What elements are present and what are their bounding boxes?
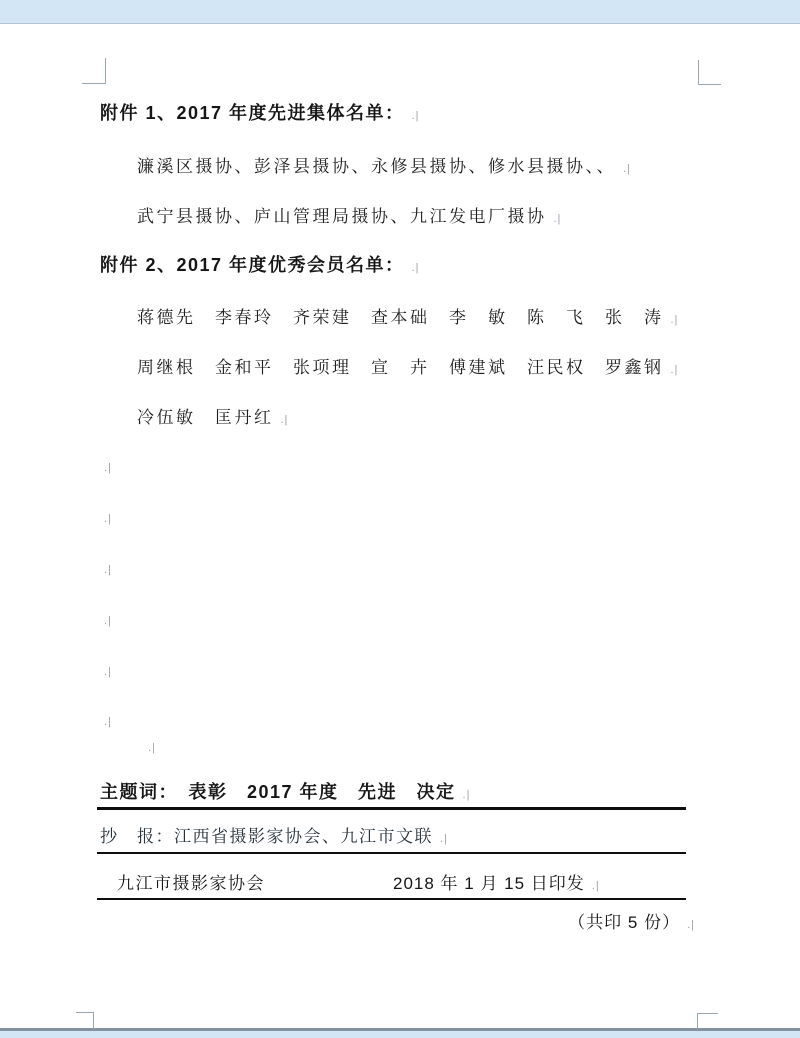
names-line3-text: 冷伍敏 匡丹红 [137,408,274,427]
attachment1-heading-text: 附件 1、2017 年度先进集体名单： [100,103,405,123]
names-line2-text: 周继根 金和平 张项理 宣 卉 傅建斌 汪民权 罗鑫钢 [137,358,664,377]
margin-corner-mark-top-left [82,58,106,84]
subject-keywords-line[interactable]: 主题词： 表彰 2017 年度 先进 决定.| [100,778,470,804]
empty-paragraph-mark: .| [104,615,112,627]
separator-rule-3 [97,898,686,900]
paragraph-mark: .| [281,414,289,426]
paragraph-mark: .| [463,789,471,801]
attachment1-line2-text: 武宁县摄协、庐山管理局摄协、九江发电厂摄协 [137,207,547,226]
separator-rule-1 [97,807,686,810]
empty-paragraph-mark: .| [104,513,112,525]
print-copies-text: （共印 5 份） [568,913,680,932]
issuer-text: 九江市摄影家协会 [117,874,265,893]
names-line-2[interactable]: 周继根 金和平 张项理 宣 卉 傅建斌 汪民权 罗鑫钢.| [137,353,678,378]
document-window: 附件 1、2017 年度先进集体名单：.| 濂溪区摄协、彭泽县摄协、永修县摄协、… [0,0,800,1038]
attachment1-line2[interactable]: 武宁县摄协、庐山管理局摄协、九江发电厂摄协.| [137,202,561,227]
paragraph-mark: .| [554,213,562,225]
names-line-1[interactable]: 蒋德先 李春玲 齐荣建 查本础 李 敏 陈 飞 张 涛.| [137,303,678,328]
separator-rule-2 [97,852,686,854]
margin-corner-mark-bottom-right [697,1013,718,1029]
names-line1-text: 蒋德先 李春玲 齐荣建 查本础 李 敏 陈 飞 张 涛 [137,308,664,327]
issuer-name[interactable]: 九江市摄影家协会 [117,869,265,894]
paragraph-mark: .| [671,314,679,326]
paragraph-mark: .| [623,163,631,175]
margin-corner-mark-bottom-left [76,1012,94,1029]
empty-paragraph-mark: .| [104,666,112,678]
empty-paragraph-mark: .| [104,564,112,576]
paragraph-mark: .| [440,833,448,845]
names-line-3[interactable]: 冷伍敏 匡丹红.| [137,403,288,428]
empty-paragraph-mark: .| [104,716,112,728]
copy-to-text: 抄 报：江西省摄影家协会、九江市文联 [100,827,433,846]
copy-to-line[interactable]: 抄 报：江西省摄影家协会、九江市文联.| [100,822,448,847]
attachment2-heading[interactable]: 附件 2、2017 年度优秀会员名单：.| [100,251,419,277]
empty-paragraph-mark: .| [148,742,156,754]
attachment1-line1[interactable]: 濂溪区摄协、彭泽县摄协、永修县摄协、修水县摄协、、.| [137,152,631,177]
attachment1-line1-text: 濂溪区摄协、彭泽县摄协、永修县摄协、修水县摄协、、 [137,157,616,176]
subject-keywords-text: 主题词： 表彰 2017 年度 先进 决定 [100,782,456,802]
issue-date[interactable]: 2018 年 1 月 15 日印发.| [393,869,600,894]
paragraph-mark: .| [412,262,420,274]
print-copies-note[interactable]: （共印 5 份）.| [568,908,695,933]
paragraph-mark: .| [592,880,600,892]
attachment2-heading-text: 附件 2、2017 年度优秀会员名单： [100,255,405,275]
paragraph-mark: .| [671,364,679,376]
empty-paragraph-mark: .| [104,462,112,474]
paragraph-mark: .| [412,110,420,122]
issue-date-text: 2018 年 1 月 15 日印发 [393,874,585,893]
paragraph-mark: .| [687,919,695,931]
margin-corner-mark-top-right [698,60,721,85]
attachment1-heading[interactable]: 附件 1、2017 年度先进集体名单：.| [100,99,419,125]
